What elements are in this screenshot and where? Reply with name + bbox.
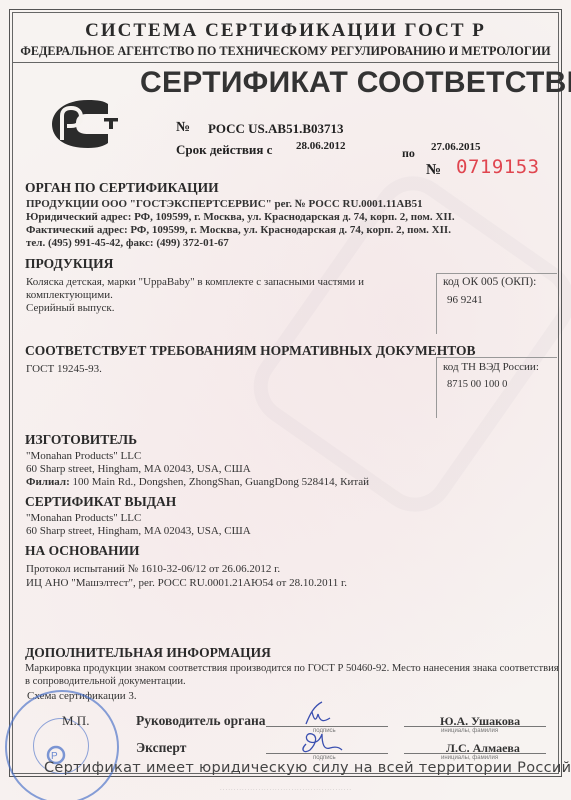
validity-label: Срок действия с <box>176 142 272 158</box>
agency-name: ФЕДЕРАЛЬНОЕ АГЕНТСТВО ПО ТЕХНИЧЕСКОМУ РЕ… <box>0 44 571 59</box>
branch-label: Филиал: <box>26 476 70 488</box>
valid-to: 27.06.2015 <box>431 141 481 153</box>
certification-body-line: тел. (495) 991-45-42, факс: (499) 372-01… <box>26 237 229 249</box>
rst-mark-icon <box>48 96 120 152</box>
product-line: комплектующими. <box>26 289 113 301</box>
basis-line: Протокол испытаний № 1610-32-06/12 от 26… <box>26 563 280 575</box>
issued-to-heading: СЕРТИФИКАТ ВЫДАН <box>25 494 176 510</box>
printer-footer: · · · · · · · · · · · · · · · · · · · · … <box>0 787 571 792</box>
tnved-code-label: код ТН ВЭД России: <box>443 361 539 373</box>
basis-line: ИЦ АНО "Машэлтест", рег. РОСС RU.0001.21… <box>26 577 347 589</box>
expert-name: Л.С. Алмаева <box>446 741 520 756</box>
issued-to-address: 60 Sharp street, Hingham, MA 02043, USA,… <box>26 525 251 537</box>
serial-label: № <box>426 162 441 179</box>
expert-label: Эксперт <box>136 740 186 756</box>
head-name: Ю.А. Ушакова <box>440 714 520 729</box>
header-divider <box>12 62 559 63</box>
additional-info-line: Маркировка продукции знаком соответствия… <box>25 663 559 674</box>
certificate-title: СЕРТИФИКАТ СООТВЕТСТВИЯ <box>140 66 571 100</box>
head-signature <box>300 700 340 728</box>
okp-code-value: 96 9241 <box>447 294 483 306</box>
head-label: Руководитель органа <box>136 713 266 729</box>
valid-from: 28.06.2012 <box>296 140 346 152</box>
certification-body-line: Юридический адрес: РФ, 109599, г. Москва… <box>26 211 455 223</box>
certification-body-line: Фактический адрес: РФ, 109599, г. Москва… <box>26 224 451 236</box>
certification-body-line: ПРОДУКЦИИ ООО "ГОСТЭКСПЕРТСЕРВИС" рег. №… <box>26 198 423 210</box>
standard: ГОСТ 19245-93. <box>26 363 102 375</box>
manufacturer-name: "Monahan Products" LLC <box>26 450 141 462</box>
additional-info-line: в сопроводительной документации. <box>25 676 186 687</box>
basis-heading: НА ОСНОВАНИИ <box>25 543 139 559</box>
official-stamp: P <box>5 690 119 800</box>
cert-number-label: № <box>176 120 190 136</box>
tnved-code-value: 8715 00 100 0 <box>447 379 507 390</box>
branch-address: 100 Main Rd., Dongshen, ZhongShan, Guang… <box>72 476 369 488</box>
additional-info-heading: ДОПОЛНИТЕЛЬНАЯ ИНФОРМАЦИЯ <box>25 645 271 661</box>
manufacturer-heading: ИЗГОТОВИТЕЛЬ <box>25 432 137 448</box>
product-line: Коляска детская, марки "UppaBaby" в комп… <box>26 276 364 288</box>
serial-number: 0719153 <box>456 156 540 178</box>
legal-validity-note: Сертификат имеет юридическую силу на все… <box>44 760 571 776</box>
valid-to-label: по <box>402 146 415 161</box>
system-title: СИСТЕМА СЕРТИФИКАЦИИ ГОСТ Р <box>0 20 571 42</box>
conformity-heading: СООТВЕТСТВУЕТ ТРЕБОВАНИЯМ НОРМАТИВНЫХ ДО… <box>25 343 476 359</box>
expert-signature <box>296 730 346 756</box>
issued-to-name: "Monahan Products" LLC <box>26 512 141 524</box>
stamp-place-label: М.П. <box>62 713 89 729</box>
product-line: Серийный выпуск. <box>26 302 115 314</box>
okp-code-label: код ОК 005 (ОКП): <box>443 276 536 288</box>
certification-body-heading: ОРГАН ПО СЕРТИФИКАЦИИ <box>25 180 219 196</box>
manufacturer-branch: Филиал: 100 Main Rd., Dongshen, ZhongSha… <box>26 476 369 488</box>
product-heading: ПРОДУКЦИЯ <box>25 256 113 272</box>
head-name-caption: инициалы, фамилия <box>441 728 498 734</box>
manufacturer-address: 60 Sharp street, Hingham, MA 02043, USA,… <box>26 463 251 475</box>
cert-number: РОСС US.АВ51.В03713 <box>208 121 344 137</box>
